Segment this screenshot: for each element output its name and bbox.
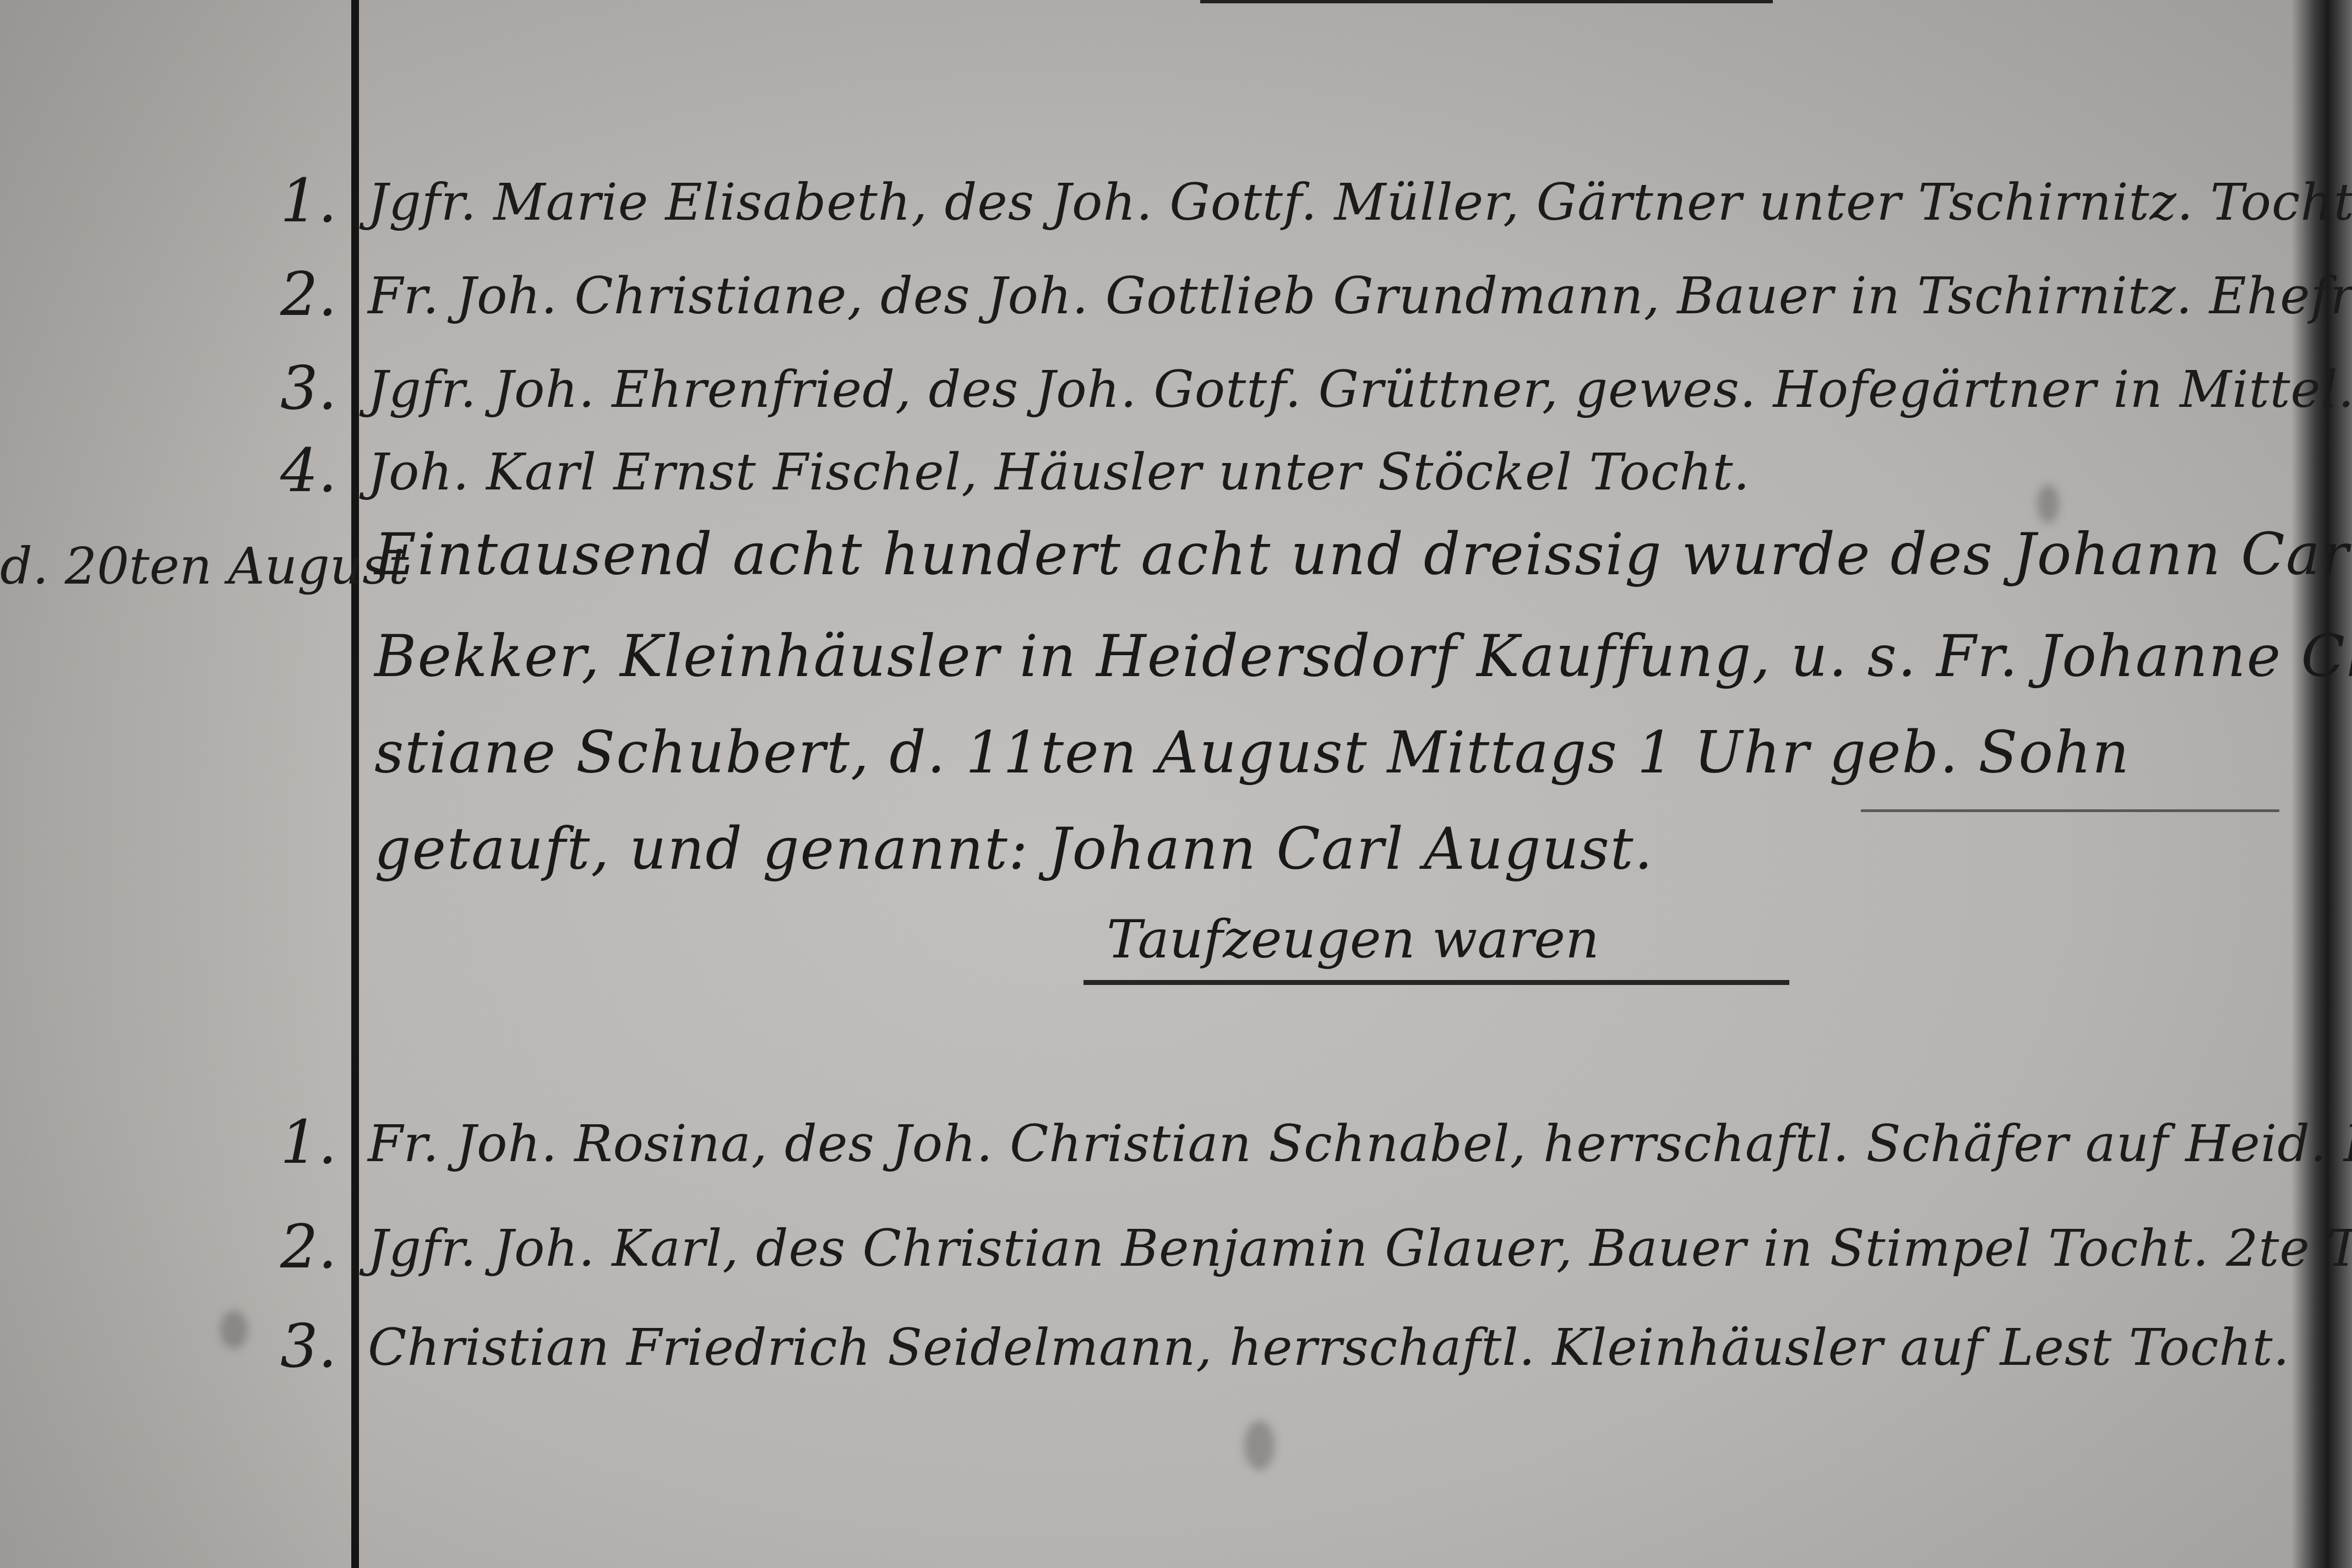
- list-item: 3. Christian Friedrich Seidelmann, herrs…: [0, 1294, 2352, 1376]
- list-number: 3.: [280, 359, 337, 418]
- sponsor-entry: Christian Friedrich Seidelmann, herrscha…: [368, 1322, 2290, 1373]
- sponsor-entry: Fr. Joh. Rosina, des Joh. Christian Schn…: [368, 1119, 2352, 1169]
- entry-line: getauft, und genannt: Johann Carl August…: [374, 820, 1654, 878]
- sponsor-entry: Jgfr. Joh. Ehrenfried, des Joh. Gottf. G…: [368, 364, 2352, 415]
- sponsor-entry: Fr. Joh. Christiane, des Joh. Gottlieb G…: [368, 271, 2352, 322]
- list-number: 1.: [280, 1113, 337, 1173]
- entry-line: stiane Schubert, d. 11ten August Mittags…: [374, 724, 2130, 781]
- top-ruled-line: [1200, 0, 1773, 3]
- list-number: 2.: [280, 265, 337, 325]
- list-item: 2. Jgfr. Joh. Karl, des Christian Benjam…: [0, 1195, 2352, 1277]
- entry-line: Bekker, Kleinhäusler in Heidersdorf Kauf…: [374, 628, 2352, 685]
- list-number: 1.: [280, 172, 337, 231]
- list-item: 1. Jgfr. Marie Elisabeth, des Joh. Gottf…: [0, 149, 2352, 231]
- sponsor-entry: Joh. Karl Ernst Fischel, Häusler unter S…: [368, 447, 1750, 498]
- list-number: 3.: [280, 1317, 337, 1376]
- list-number: 4.: [280, 442, 337, 501]
- list-item: 2. Fr. Joh. Christiane, des Joh. Gottlie…: [0, 242, 2352, 325]
- sponsor-entry: Jgfr. Joh. Karl, des Christian Benjamin …: [368, 1223, 2352, 1274]
- entry-line: Eintausend acht hundert acht und dreissi…: [374, 526, 2352, 583]
- margin-date: d. 20ten August: [0, 537, 409, 596]
- list-item: 1. Fr. Joh. Rosina, des Joh. Christian S…: [0, 1090, 2352, 1173]
- list-item: 4. Joh. Karl Ernst Fischel, Häusler unte…: [0, 418, 2352, 501]
- sponsor-entry: Jgfr. Marie Elisabeth, des Joh. Gottf. M…: [368, 177, 2352, 228]
- ink-stain: [1244, 1420, 1275, 1470]
- name-overline: [1861, 809, 2279, 812]
- sponsors-heading: Taufzeugen waren: [1107, 908, 1599, 970]
- heading-underline: [1084, 980, 1789, 985]
- list-number: 2.: [280, 1218, 337, 1277]
- list-item: 3. Jgfr. Joh. Ehrenfried, des Joh. Gottf…: [0, 336, 2352, 418]
